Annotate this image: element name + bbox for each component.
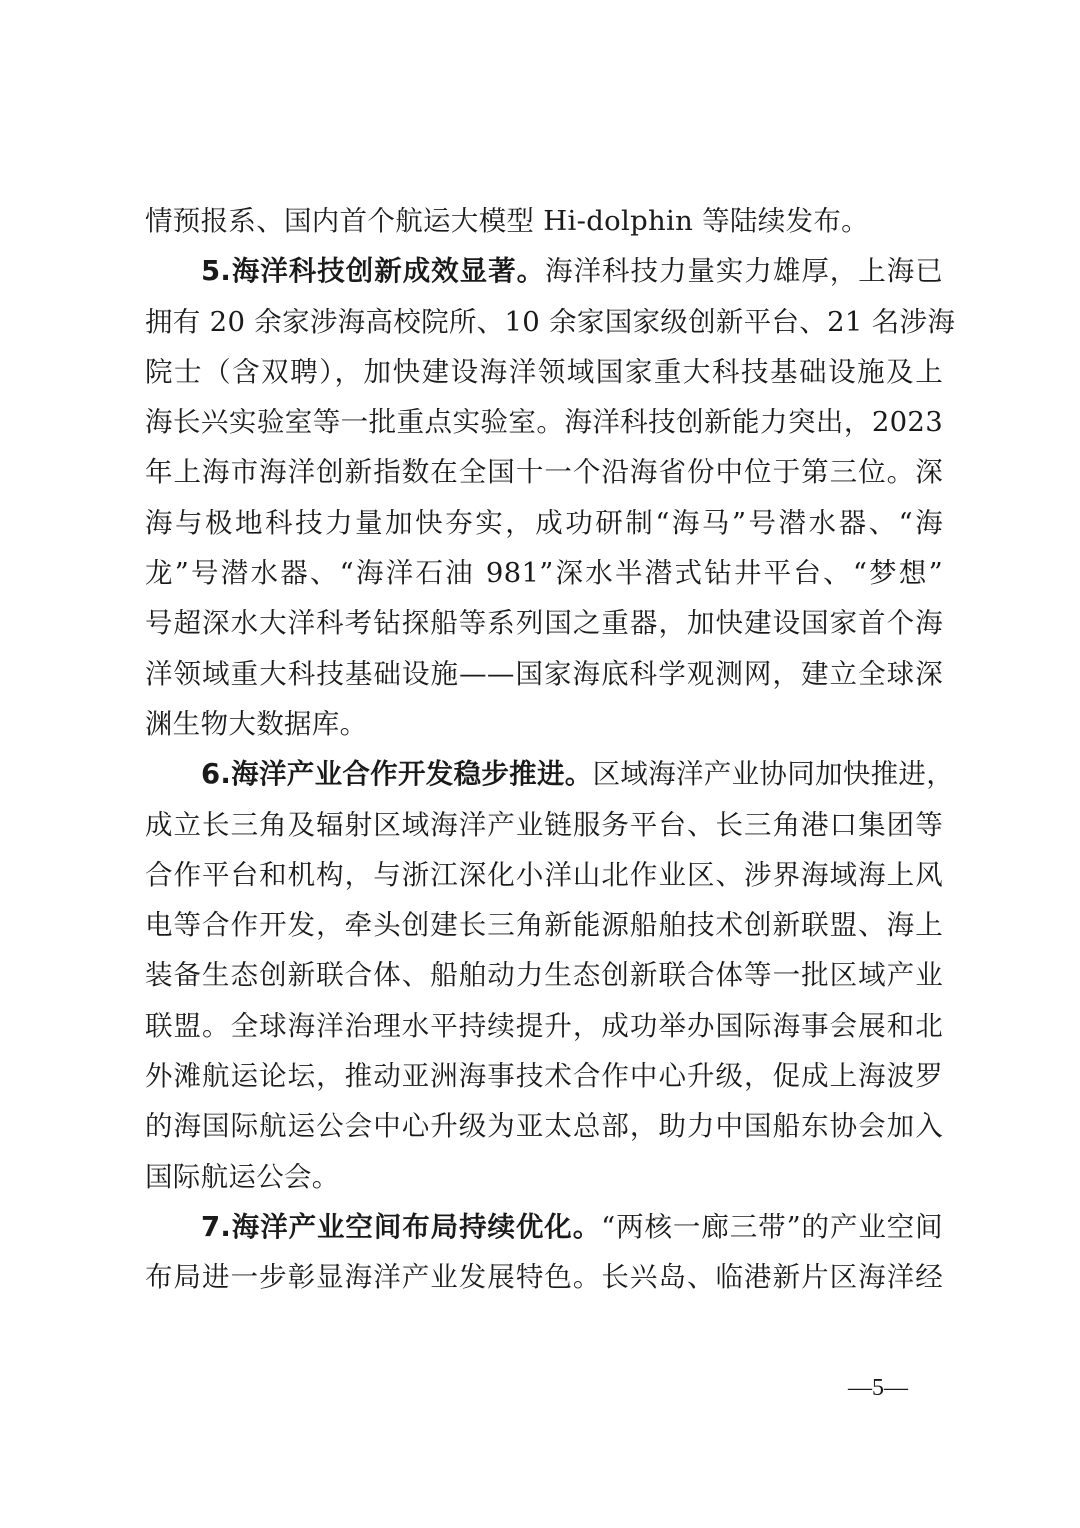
section-text: 区域海洋产业协同加快推进， bbox=[593, 758, 954, 790]
paragraph-line: 成立长三角及辐射区域海洋产业链服务平台、长三角港口集团等 bbox=[145, 800, 943, 850]
paragraph-line: 院士（含双聘），加快建设海洋领域国家重大科技基础设施及上 bbox=[145, 347, 943, 397]
paragraph-line: 海长兴实验室等一批重点实验室。海洋科技创新能力突出，2023 bbox=[145, 397, 943, 447]
paragraph-line: 装备生态创新联合体、船舶动力生态创新联合体等一批区域产业 bbox=[145, 950, 943, 1000]
paragraph-line: 渊生物大数据库。 bbox=[145, 699, 943, 749]
paragraph-continuation-line: 情预报系、国内首个航运大模型 Hi-dolphin 等陆续发布。 bbox=[145, 196, 943, 246]
section-heading-line: 7.海洋产业空间布局持续优化。“两核一廊三带”的产业空间 bbox=[145, 1202, 943, 1252]
section-text: “两核一廊三带”的产业空间 bbox=[601, 1211, 943, 1243]
paragraph-line: 电等合作开发，牵头创建长三角新能源船舶技术创新联盟、海上 bbox=[145, 900, 943, 950]
paragraph-line: 洋领域重大科技基础设施——国家海底科学观测网，建立全球深 bbox=[145, 649, 943, 699]
paragraph-line: 布局进一步彰显海洋产业发展特色。长兴岛、临港新片区海洋经 bbox=[145, 1252, 943, 1302]
paragraph-line: 拥有 20 余家涉海高校院所、10 余家国家级创新平台、21 名涉海 bbox=[145, 297, 943, 347]
paragraph-line: 海与极地科技力量加快夯实，成功研制“海马”号潜水器、“海 bbox=[145, 498, 943, 548]
paragraph-line: 合作平台和机构，与浙江深化小洋山北作业区、涉界海域海上风 bbox=[145, 850, 943, 900]
paragraph-line: 联盟。全球海洋治理水平持续提升，成功举办国际海事会展和北 bbox=[145, 1001, 943, 1051]
paragraph-line: 年上海市海洋创新指数在全国十一个沿海省份中位于第三位。深 bbox=[145, 447, 943, 497]
paragraph-line: 龙”号潜水器、“海洋石油 981”深水半潜式钻井平台、“梦想” bbox=[145, 548, 943, 598]
section-6: 6.海洋产业合作开发稳步推进。区域海洋产业协同加快推进， 成立长三角及辐射区域海… bbox=[145, 749, 943, 1202]
section-heading: 7.海洋产业空间布局持续优化。 bbox=[201, 1211, 601, 1243]
paragraph-line: 外滩航运论坛，推动亚洲海事技术合作中心升级，促成上海波罗 bbox=[145, 1051, 943, 1101]
section-heading: 6.海洋产业合作开发稳步推进。 bbox=[201, 758, 593, 790]
section-text: 海洋科技力量实力雄厚，上海已 bbox=[545, 255, 943, 287]
document-page: 情预报系、国内首个航运大模型 Hi-dolphin 等陆续发布。 5.海洋科技创… bbox=[145, 196, 943, 1303]
section-heading: 5.海洋科技创新成效显著。 bbox=[201, 255, 545, 287]
section-heading-line: 6.海洋产业合作开发稳步推进。区域海洋产业协同加快推进， bbox=[145, 749, 943, 799]
section-7: 7.海洋产业空间布局持续优化。“两核一廊三带”的产业空间 布局进一步彰显海洋产业… bbox=[145, 1202, 943, 1303]
paragraph-line: 的海国际航运公会中心升级为亚太总部，助力中国船东协会加入 bbox=[145, 1101, 943, 1151]
section-5: 5.海洋科技创新成效显著。海洋科技力量实力雄厚，上海已 拥有 20 余家涉海高校… bbox=[145, 246, 943, 749]
paragraph-line: 国际航运公会。 bbox=[145, 1152, 943, 1202]
section-heading-line: 5.海洋科技创新成效显著。海洋科技力量实力雄厚，上海已 bbox=[145, 246, 943, 296]
paragraph-line: 号超深水大洋科考钻探船等系列国之重器，加快建设国家首个海 bbox=[145, 598, 943, 648]
page-number: —5— bbox=[848, 1375, 908, 1402]
